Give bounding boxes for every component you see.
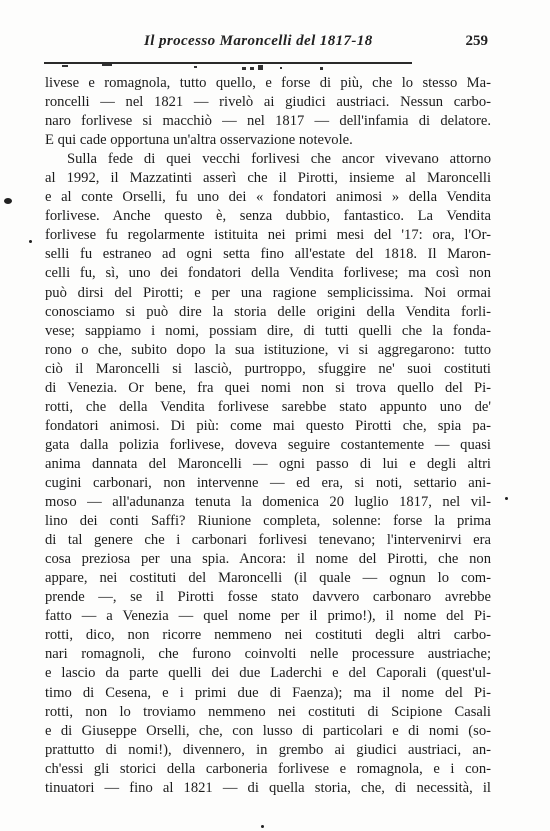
text-line: di Venezia. Or bene, fra quei nomi non s… xyxy=(45,379,491,398)
running-header: Il processo Maroncelli del 1817-18 259 xyxy=(44,33,490,53)
text-line: vese; sappiamo i nomi, possiam dire, di … xyxy=(45,322,491,341)
text-line: può dirsi del Pirotti; e per una ragione… xyxy=(45,284,491,303)
margin-ink-blot xyxy=(4,198,12,204)
text-line: nari romagnoli, che furono coinvolti nel… xyxy=(45,645,491,664)
text-line: forlivese fu regolarmente istituita nei … xyxy=(45,226,491,245)
paragraph-first-line: Sulla fede di quei vecchi forlivesi che … xyxy=(45,150,491,169)
text-line: rono o che, subito dopo la sua istituzio… xyxy=(45,341,491,360)
text-line: celli fu, sì, uno dei fondatori della Ve… xyxy=(45,264,491,283)
text-line: rotti, dico, non ricorre nemmeno nei cos… xyxy=(45,626,491,645)
running-title: Il processo Maroncelli del 1817-18 xyxy=(144,33,373,50)
text-line: di tal genere che i carbonari forlivesi … xyxy=(45,531,491,550)
text-line: prattutto di nomi!), divennero, in gremb… xyxy=(45,741,491,760)
text-line: al 1992, il Mazzatinti asserì che il Pir… xyxy=(45,169,491,188)
text-line: gata dalla polizia forlivese, doveva seg… xyxy=(45,436,491,455)
text-line: rotti, non lo troviamo nemmeno nei costi… xyxy=(45,703,491,722)
text-line: lino dei conti Saffi? Riunione completa,… xyxy=(45,512,491,531)
text-line: e al conte Orselli, fu uno dei « fondato… xyxy=(45,188,491,207)
margin-ink-dot xyxy=(29,240,32,243)
text-line: e lascio da parte quelli dei due Laderch… xyxy=(45,664,491,683)
margin-ink-dot xyxy=(505,497,508,500)
margin-ink-dot xyxy=(261,825,264,828)
text-line: livese e romagnola, tutto quello, e fors… xyxy=(45,74,491,93)
body-text: livese e romagnola, tutto quello, e fors… xyxy=(45,74,491,798)
text-line: appare, nei costituti del Maroncelli (il… xyxy=(45,569,491,588)
text-line: cugini carbonari, non intervenne — ed er… xyxy=(45,474,491,493)
text-line: e di Giuseppe Orselli, che, con lusso di… xyxy=(45,722,491,741)
text-line: moso — all'adunanza tenuta la domenica 2… xyxy=(45,493,491,512)
text-line: selli fu estraneo ad ogni setta fino all… xyxy=(45,245,491,264)
text-line: cosa preziosa per una spia. Ancora: il n… xyxy=(45,550,491,569)
text-line: fatto — a Venezia — quel nome per il pri… xyxy=(45,607,491,626)
text-line: conosciamo si può dire la storia delle o… xyxy=(45,303,491,322)
print-specks xyxy=(44,64,424,70)
text-line: fondatori animosi. Di più: come mai ques… xyxy=(45,417,491,436)
text-line: prende —, se il Pirotti fosse stato davv… xyxy=(45,588,491,607)
text-line: ciò il Maroncelli si lasciò, purtroppo, … xyxy=(45,360,491,379)
text-line: tinuatori — fino al 1821 — di quella sto… xyxy=(45,779,491,798)
text-line: naro forlivese si macchiò — nel 1817 — d… xyxy=(45,112,491,131)
text-line: E qui cade opportuna un'altra osservazio… xyxy=(45,131,491,150)
text-line: forlivese. Anche questo è, senza dubbio,… xyxy=(45,207,491,226)
book-page: Il processo Maroncelli del 1817-18 259 l… xyxy=(0,0,550,831)
text-line: timo di Cesena, e i primi due di Faenza)… xyxy=(45,684,491,703)
text-line: rotti, che della Vendita forlivese sareb… xyxy=(45,398,491,417)
page-number: 259 xyxy=(466,33,489,50)
text-line: roncelli — nel 1821 — rivelò ai giudici … xyxy=(45,93,491,112)
text-line: ch'essi gli storici della carboneria for… xyxy=(45,760,491,779)
text-line: anima dannata del Maroncelli — ogni pass… xyxy=(45,455,491,474)
